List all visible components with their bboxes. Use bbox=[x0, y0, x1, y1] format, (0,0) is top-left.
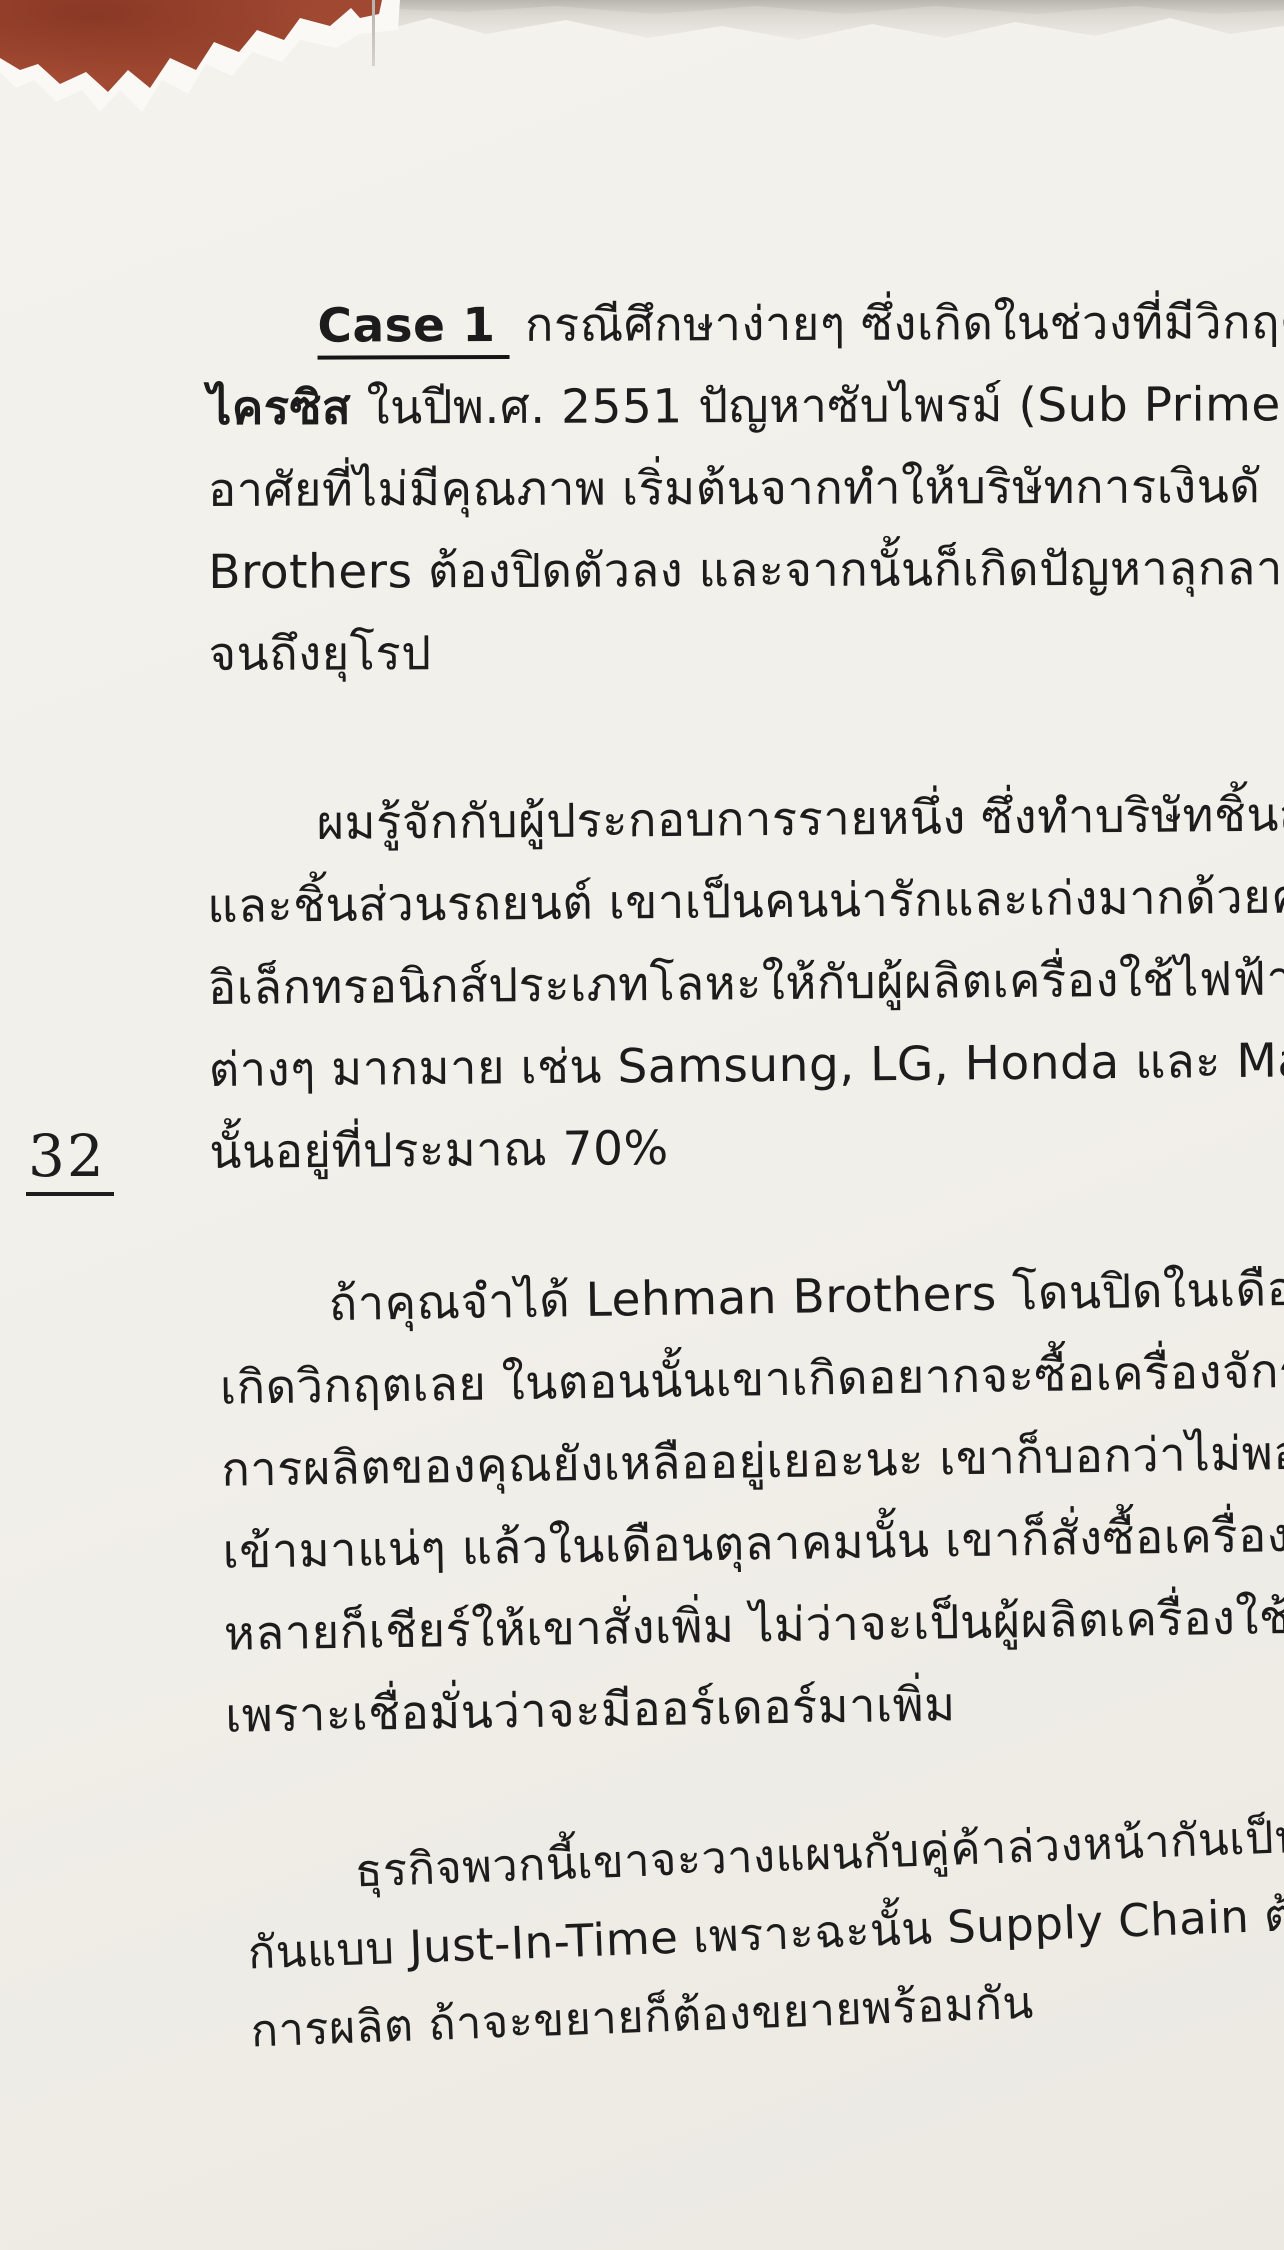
case1-heading-label: Case 1 bbox=[317, 298, 509, 360]
text-line: Brothers ต้องปิดตัวลง และจากนั้นก็เกิดปั… bbox=[208, 527, 1284, 614]
paragraph-case1: Case 1 กรณีศึกษาง่ายๆ ซึ่งเกิดในช่วงที่ม… bbox=[207, 281, 1284, 696]
text-line: ถ้าคุณจำได้ Lehman Brothers โดนปิดในเดือ… bbox=[218, 1244, 1284, 1348]
page-edge-shadow-line bbox=[372, 0, 375, 66]
text-line: ผมรู้จักกับผู้ประกอบการรายหนึ่ง ซึ่งทำบร… bbox=[206, 772, 1284, 866]
text-line: อาศัยที่ไม่มีคุณภาพ เริ่มต้นจากทำให้บริษ… bbox=[208, 445, 1284, 532]
text-line: ต่างๆ มากมาย เช่น Samsung, LG, Honda และ… bbox=[208, 1018, 1284, 1112]
text-line: จนถึงยุโรป bbox=[208, 609, 1284, 696]
paragraph-lehman: ถ้าคุณจำได้ Lehman Brothers โดนปิดในเดือ… bbox=[218, 1244, 1284, 1758]
text-line: ไครซิส ในปีพ.ศ. 2551 ปัญหาซับไพรม์ (Sub … bbox=[208, 363, 1284, 450]
text-segment: กรณีศึกษาง่ายๆ ซึ่งเกิดในช่วงที่มีวิกฤตก… bbox=[509, 295, 1284, 353]
text-line: อิเล็กทรอนิกส์ประเภทโลหะให้กับผู้ผลิตเคร… bbox=[208, 936, 1284, 1030]
text-line: Case 1 กรณีศึกษาง่ายๆ ซึ่งเกิดในช่วงที่ม… bbox=[207, 281, 1284, 368]
paragraph-supply-chain: ธุรกิจพวกนี้เขาจะวางแผนกับคู่ค้าล่วงหน้า… bbox=[244, 1785, 1284, 2070]
paragraph-entrepreneur: ผมรู้จักกับผู้ประกอบการรายหนึ่ง ซึ่งทำบร… bbox=[206, 772, 1284, 1194]
text-line: นั้นอยู่ที่ประมาณ 70% bbox=[209, 1100, 1284, 1194]
crisis-bold-label: ไครซิส bbox=[208, 381, 352, 437]
text-line: และชิ้นส่วนรถยนต์ เขาเป็นคนน่ารักและเก่ง… bbox=[207, 854, 1284, 948]
page-number: 32 bbox=[26, 1122, 114, 1196]
body-text: Case 1 กรณีศึกษาง่ายๆ ซึ่งเกิดในช่วงที่ม… bbox=[208, 286, 1284, 2072]
text-segment: ในปีพ.ศ. 2551 ปัญหาซับไพรม์ (Sub Prime) … bbox=[351, 377, 1284, 436]
